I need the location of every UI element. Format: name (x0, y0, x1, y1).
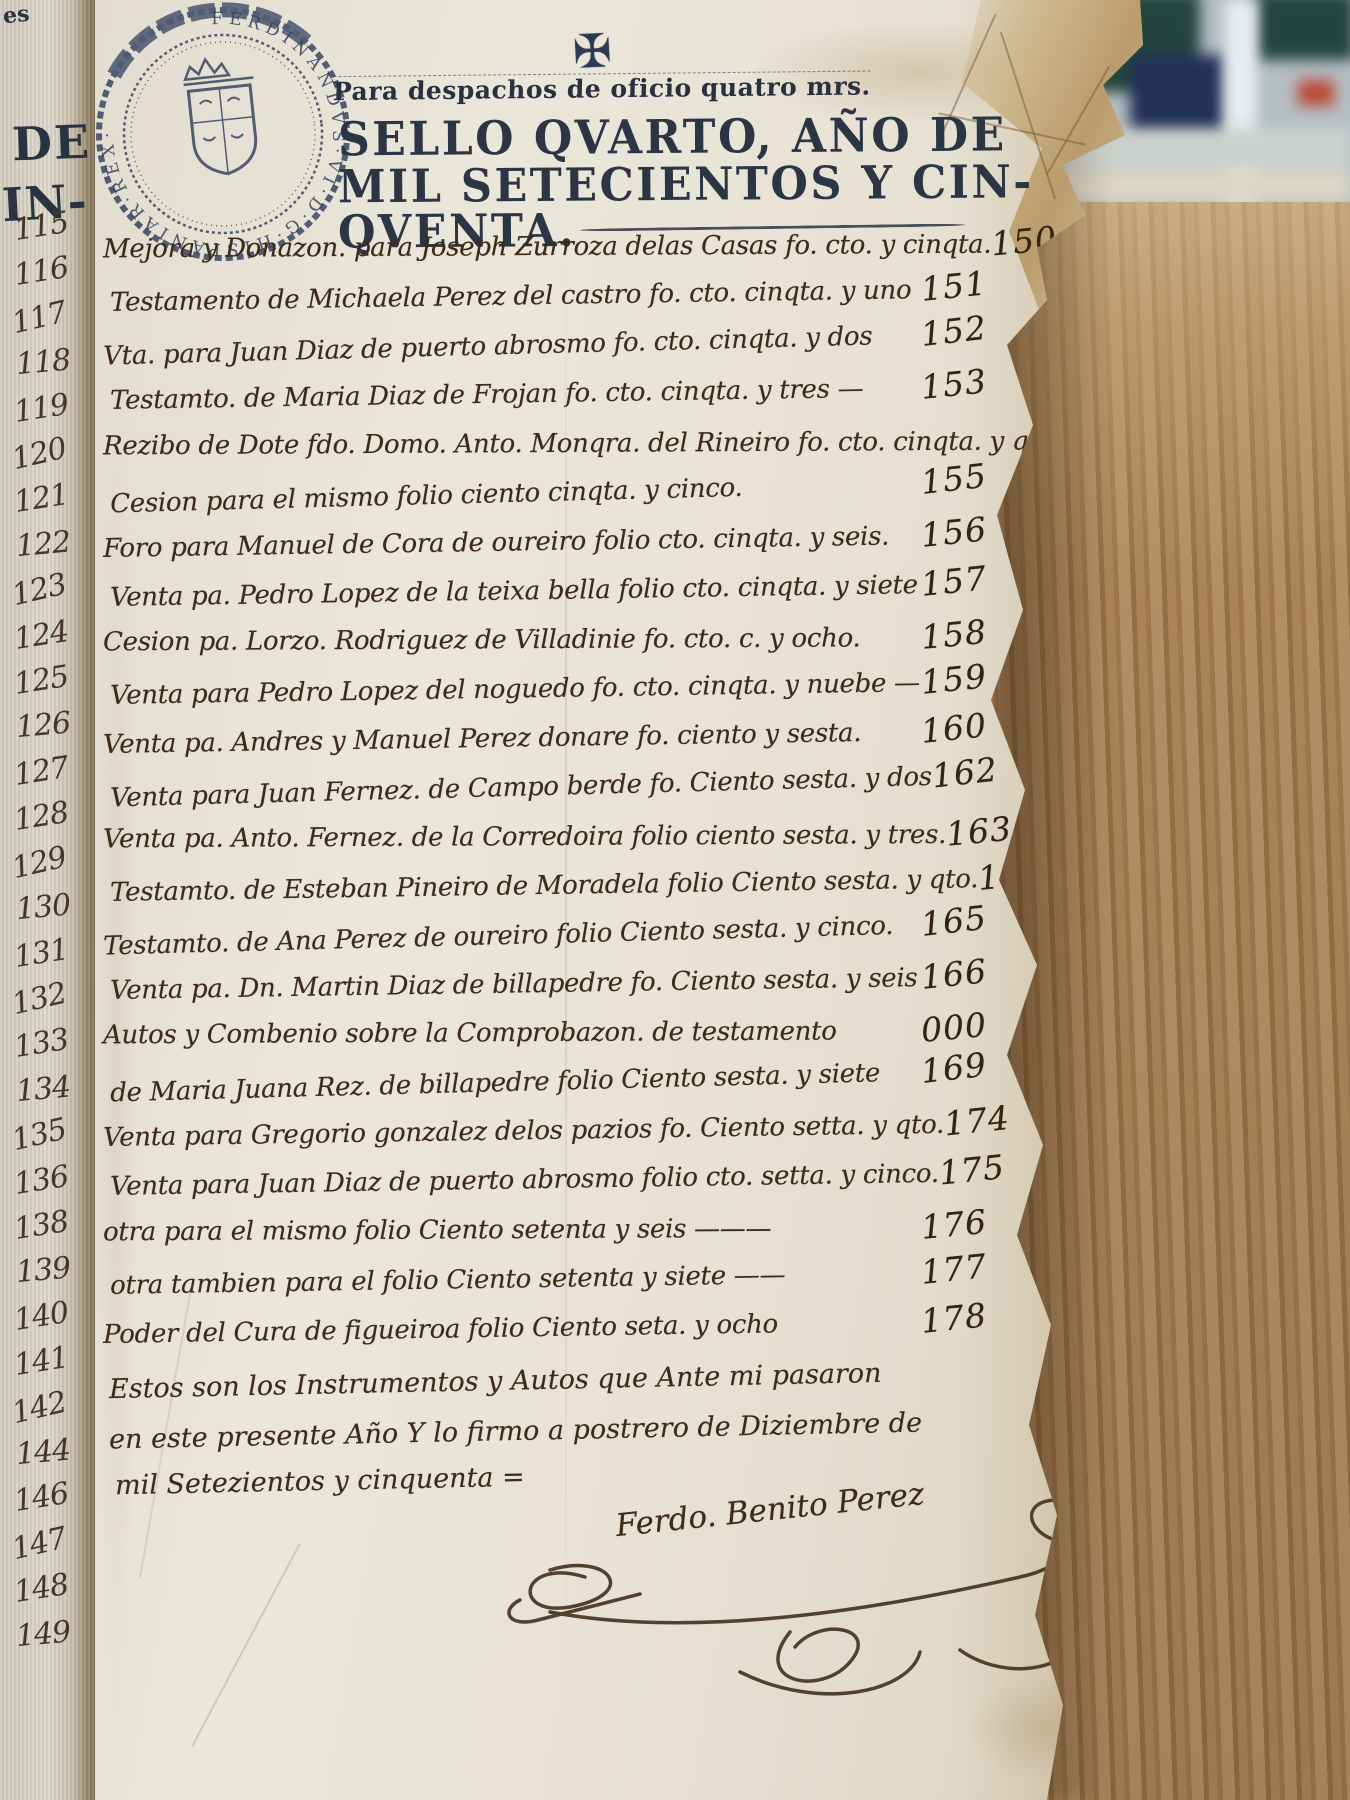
margin-folio-number: 139 (15, 1254, 72, 1289)
entry-text: Vta. para Juan Diaz de puerto abrosmo fo… (103, 322, 873, 372)
entry-folio-number: 155 (919, 455, 989, 501)
index-entry-row: otra tambien para el folio Ciento setent… (103, 1249, 988, 1302)
margin-folio-number: 128 (12, 798, 70, 836)
entry-text: Mejora y Donazon. para Joseph Zurroza de… (103, 230, 991, 265)
entry-folio-number: 000 (919, 1005, 988, 1050)
margin-folio-number: 138 (12, 1207, 70, 1245)
entry-text: otra tambien para el folio Ciento setent… (110, 1260, 786, 1301)
office-red-object (1298, 80, 1334, 106)
entry-folio-number: 153 (919, 362, 989, 408)
seal-crown (183, 57, 229, 80)
entry-folio-number: 162 (930, 750, 1000, 796)
entry-folio-number: 174 (942, 1098, 1012, 1144)
index-entry-row: Rezibo de Dote fdo. Domo. Anto. Monqra. … (103, 418, 987, 462)
cross-emblem-icon: ✠ (572, 23, 613, 79)
closing-line-3: mil Setezientos y cinquenta = (115, 1462, 525, 1502)
margin-folio-number: 134 (15, 1072, 72, 1107)
entry-text: Venta para Juan Fernez. de Campo berde f… (110, 762, 932, 814)
paper-scratch (191, 1543, 301, 1747)
margin-folio-number: 124 (12, 617, 70, 655)
entry-text: Venta pa. Dn. Martin Diaz de billapedre … (110, 963, 918, 1006)
margin-folio-number: 140 (12, 1298, 70, 1336)
entry-text: Venta pa. Pedro Lopez de la teixa bella … (110, 570, 918, 613)
index-entry-row: Testamto. de Maria Diaz de Frojan fo. ct… (103, 364, 988, 417)
entry-text: Cesion pa. Lorzo. Rodriguez de Villadini… (103, 623, 861, 657)
margin-folio-number: 129 (9, 842, 69, 883)
index-entry-list: Mejora y Donazon. para Joseph Zurroza de… (103, 224, 987, 1344)
index-entry-row: Testamento de Michaela Perez del castro … (103, 266, 988, 319)
entry-folio-number: 157 (919, 558, 989, 604)
margin-folio-number: 142 (9, 1387, 69, 1428)
entry-text: Autos y Combenio sobre la Comprobazon. d… (103, 1016, 837, 1050)
index-entry-row: Venta pa. Andres y Manuel Perez donare f… (103, 708, 988, 761)
entry-folio-number: 151 (919, 263, 989, 309)
entry-folio-number: 175 (937, 1147, 1007, 1193)
entry-text: Testamto. de Esteban Pineiro de Moradela… (110, 864, 979, 908)
margin-folio-number: 116 (12, 253, 70, 291)
margin-folio-number: 122 (15, 527, 72, 562)
manuscript-page: FERDINANDVS·VI·D·G·HISPANIAR·REX· ✠ Para… (95, 0, 1150, 1800)
index-entry-row: Foro para Manuel de Cora de oureiro foli… (103, 512, 988, 565)
entry-text: Testamto. de Ana Perez de oureiro folio … (103, 911, 894, 962)
entry-folio-number: 177 (919, 1246, 989, 1292)
margin-folio-number: 121 (12, 480, 70, 518)
margin-folio-number: 131 (12, 934, 70, 972)
entry-folio-number: 176 (919, 1201, 988, 1246)
margin-folio-number: 144 (15, 1435, 72, 1470)
entry-text: de Maria Juana Rez. de billapedre folio … (110, 1058, 881, 1108)
margin-folio-number: 141 (12, 1343, 70, 1381)
index-entry-row: otra para el mismo folio Ciento setenta … (103, 1204, 987, 1248)
printed-tax-line: Para despachos de oficio quatro mrs. (333, 71, 934, 106)
entry-folio-number: 158 (919, 612, 988, 657)
photo-scene: es DE IN- 115 116 117 118 119 120 121 12… (0, 0, 1350, 1800)
index-entry-row: Mejora y Donazon. para Joseph Zurroza de… (103, 222, 987, 266)
index-entry-row: Vta. para Juan Diaz de puerto abrosmo fo… (103, 311, 988, 373)
margin-folio-number: 135 (9, 1115, 69, 1156)
index-entry-row: Venta pa. Anto. Fernez. de la Corredoira… (103, 811, 987, 855)
margin-folio-number: 118 (15, 346, 72, 381)
entry-folio-number: 163 (944, 808, 1013, 853)
index-entry-row: Venta para Pedro Lopez del noguedo fo. c… (103, 659, 988, 712)
index-entry-row: Venta pa. Pedro Lopez de la teixa bella … (103, 561, 988, 614)
margin-folio-number: 130 (15, 891, 72, 926)
index-entry-row: Venta para Gregorio gonzalez delos pazio… (103, 1101, 988, 1154)
margin-folio-number: 136 (12, 1161, 70, 1199)
entry-folio-number: 178 (919, 1295, 989, 1341)
entry-folio-number: 152 (919, 308, 989, 354)
entry-folio-number: 169 (919, 1045, 989, 1091)
margin-folio-number: 133 (12, 1025, 70, 1063)
entry-text: Rezibo de Dote fdo. Domo. Anto. Monqra. … (103, 426, 1061, 461)
margin-folio-number: 126 (15, 709, 72, 744)
margin-folio-number: 119 (12, 390, 70, 428)
index-entry-row: Venta para Juan Fernez. de Campo berde f… (103, 753, 988, 815)
index-entry-row: Testamto. de Esteban Pineiro de Moradela… (103, 856, 988, 909)
index-entry-row: Venta para Juan Diaz de puerto abrosmo f… (103, 1150, 988, 1203)
entry-folio-number: 159 (919, 656, 989, 702)
printed-fragment-top: es (2, 1, 31, 30)
entry-text: Venta para Pedro Lopez del noguedo fo. c… (110, 668, 920, 711)
office-teal-panel-right (1255, 0, 1350, 60)
index-entry-row: Autos y Combenio sobre la Comprobazon. d… (103, 1008, 987, 1052)
margin-folio-number: 115 (12, 208, 70, 246)
margin-folio-number: 149 (15, 1617, 72, 1652)
margin-folio-number: 125 (12, 662, 70, 700)
margin-folio-number: 146 (12, 1479, 70, 1517)
entry-text: Poder del Cura de figueiroa folio Ciento… (103, 1309, 778, 1350)
entry-text: Cesion para el mismo folio ciento cinqta… (110, 472, 743, 519)
entry-folio-number: 160 (919, 706, 989, 752)
entry-folio-number: 156 (919, 509, 989, 555)
margin-folio-number: 147 (9, 1524, 69, 1565)
closing-line-1: Estos son los Instrumentos y Autos que A… (109, 1358, 882, 1405)
margin-folio-number-list: 115 116 117 118 119 120 121 122 123 124 … (0, 212, 70, 1650)
margin-folio-number: 148 (12, 1570, 70, 1608)
printed-fragment-de: DE (11, 115, 92, 172)
margin-folio-number: 117 (9, 298, 69, 339)
entry-text: otra para el mismo folio Ciento setenta … (103, 1213, 771, 1246)
index-entry-row: Venta pa. Dn. Martin Diaz de billapedre … (103, 954, 988, 1007)
entry-folio-number: 165 (919, 897, 989, 943)
entry-text: Venta para Gregorio gonzalez delos pazio… (103, 1110, 944, 1153)
index-entry-row: Cesion para el mismo folio ciento cinqta… (103, 458, 988, 520)
index-entry-row: Cesion pa. Lorzo. Rodriguez de Villadini… (103, 615, 987, 659)
entry-folio-number: 166 (919, 951, 989, 997)
entry-text: Venta pa. Andres y Manuel Perez donare f… (103, 718, 862, 760)
entry-text: Testamento de Michaela Perez del castro … (110, 275, 912, 318)
margin-folio-number: 127 (12, 753, 70, 791)
index-entry-row: de Maria Juana Rez. de billapedre folio … (103, 1048, 988, 1110)
margin-folio-number: 123 (9, 570, 69, 611)
entry-text: Venta pa. Anto. Fernez. de la Corredoira… (103, 819, 946, 853)
entry-text: Foro para Manuel de Cora de oureiro foli… (103, 521, 889, 563)
margin-folio-number: 132 (9, 979, 69, 1020)
index-entry-row: Poder del Cura de figueiroa folio Ciento… (103, 1298, 988, 1351)
entry-text: Venta para Juan Diaz de puerto abrosmo f… (110, 1159, 939, 1202)
margin-folio-number: 120 (9, 434, 69, 475)
index-entry-row: Testamto. de Ana Perez de oureiro folio … (103, 900, 988, 962)
entry-text: Testamto. de Maria Diaz de Frojan fo. ct… (110, 374, 864, 416)
closing-line-2: en este presente Año Y lo firmo a postre… (109, 1407, 923, 1455)
